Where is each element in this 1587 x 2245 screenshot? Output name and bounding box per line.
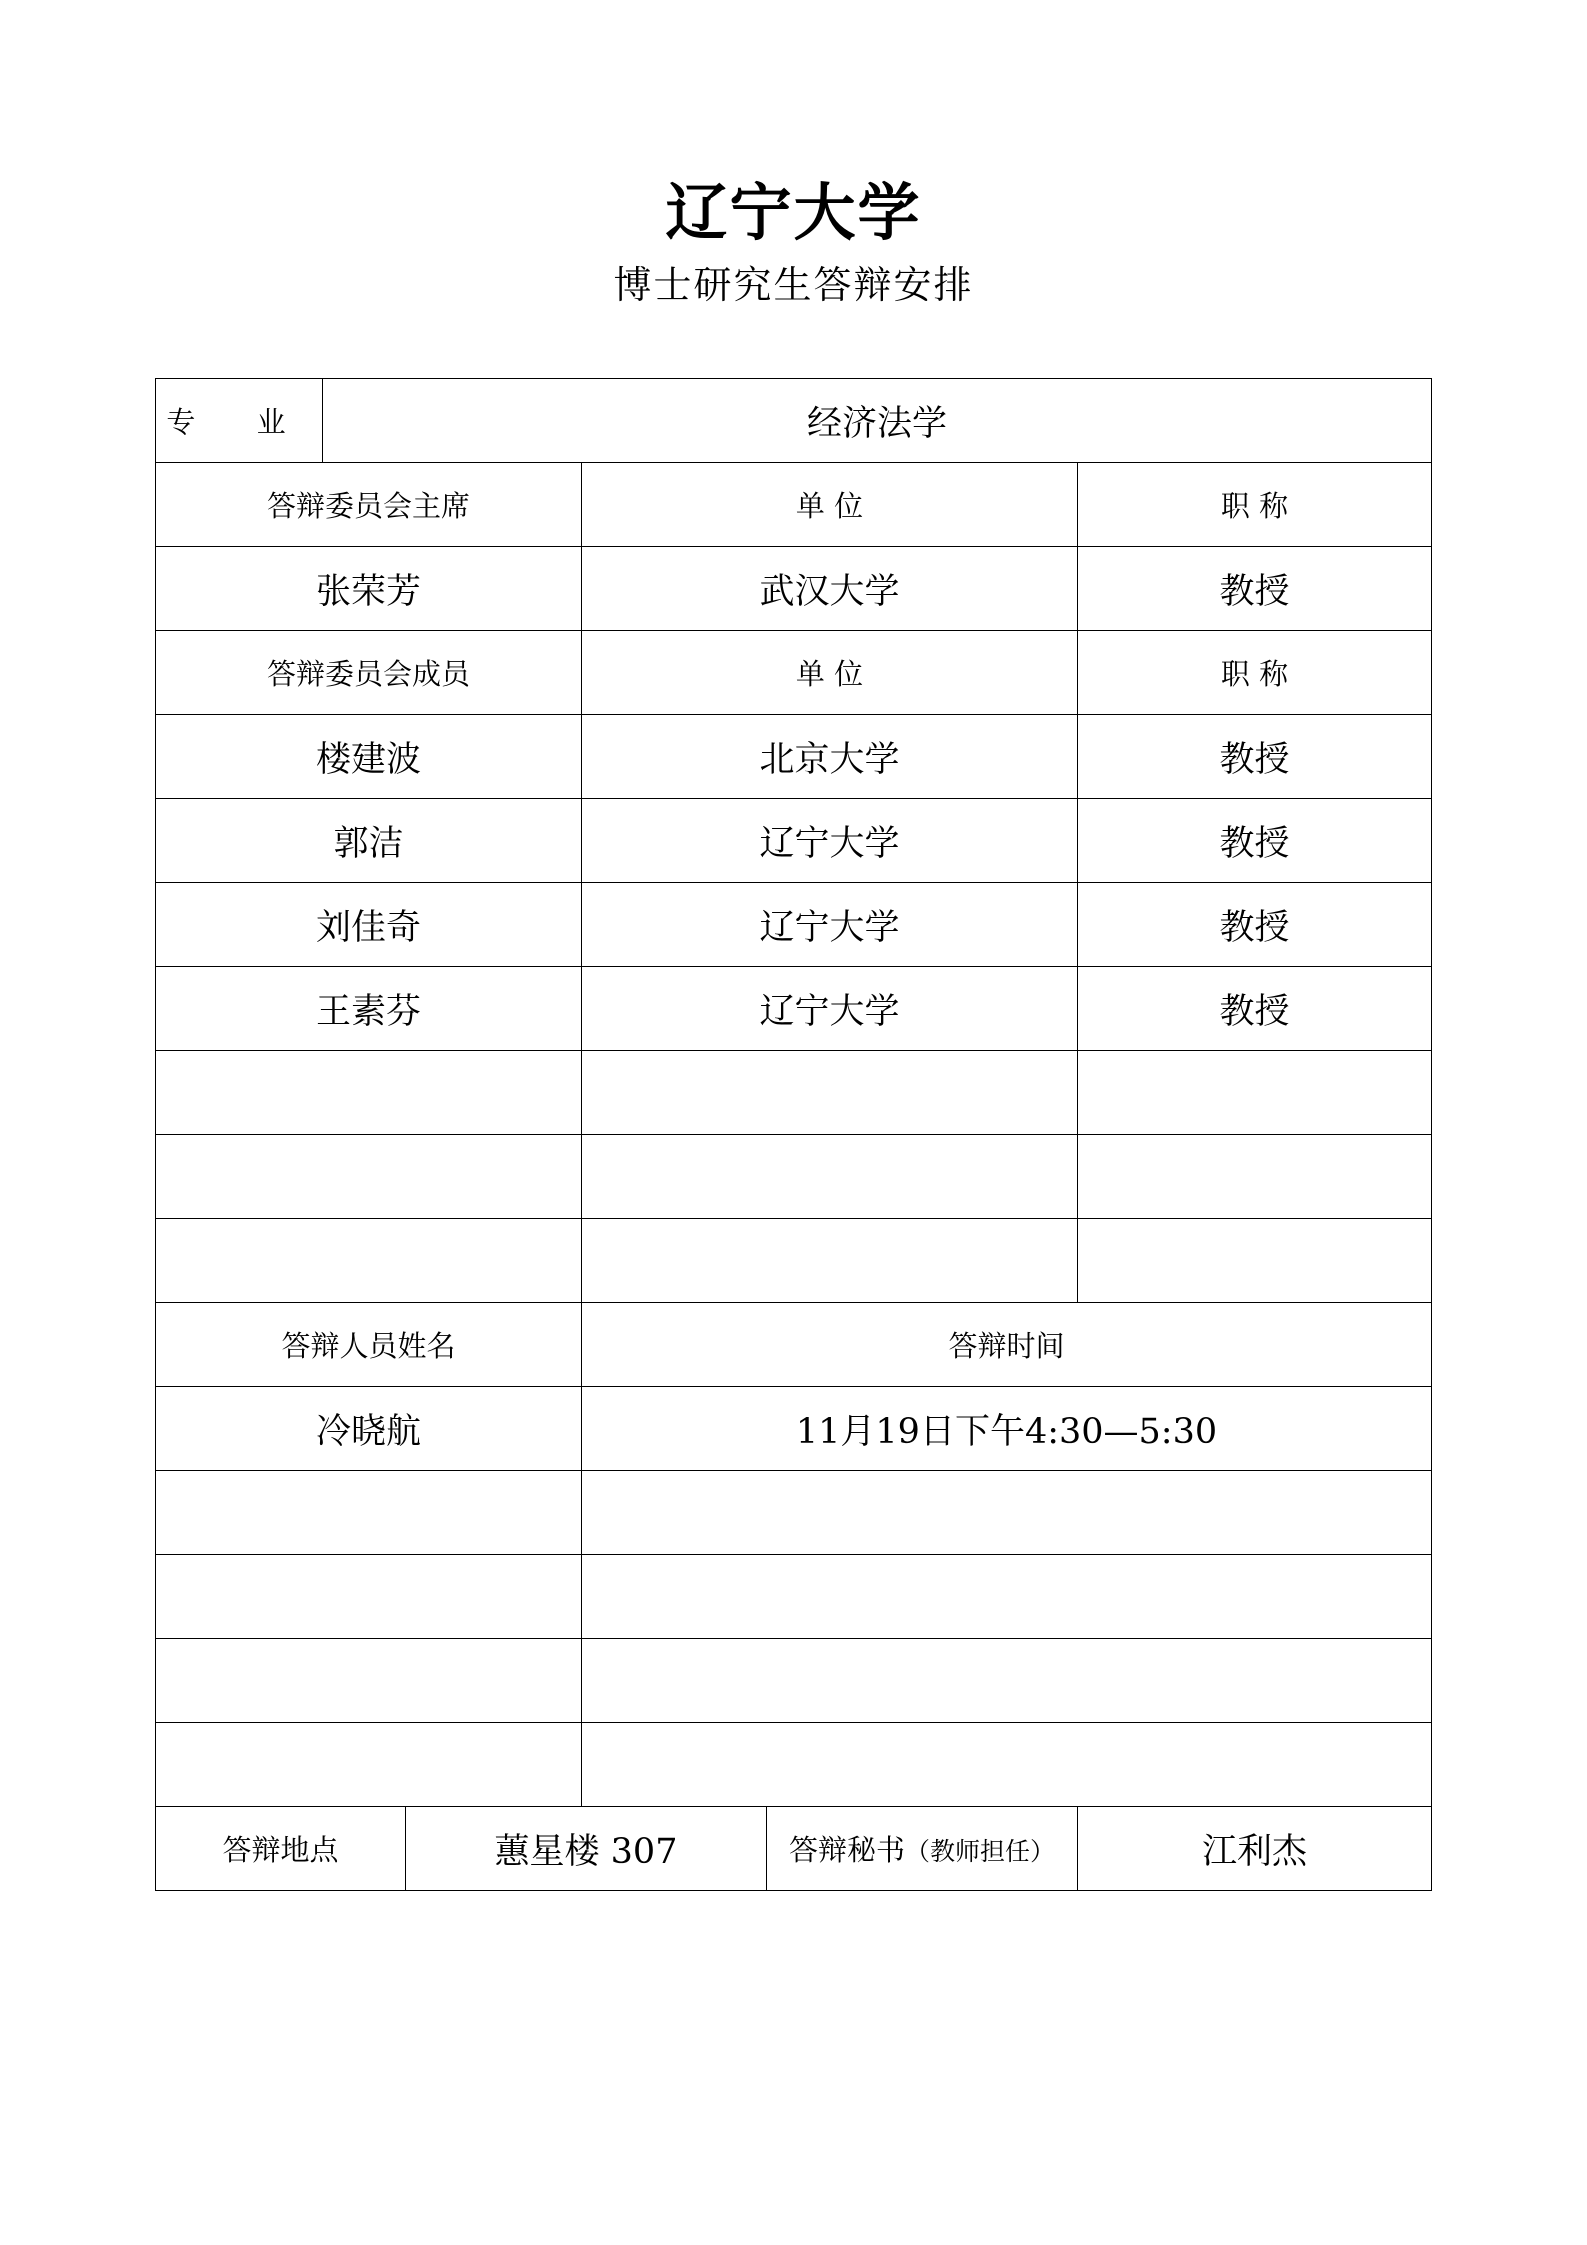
- candidate-header-name: 答辩人员姓名: [156, 1303, 582, 1387]
- member-header-title: 职 称: [1078, 631, 1432, 715]
- chair-unit: 武汉大学: [582, 547, 1078, 631]
- document-title: 辽宁大学: [0, 178, 1587, 248]
- member-title: 教授: [1078, 799, 1432, 883]
- candidate-name: [156, 1555, 582, 1639]
- member-title: [1078, 1219, 1432, 1303]
- member-unit: [582, 1135, 1078, 1219]
- member-title: [1078, 1135, 1432, 1219]
- candidate-time: [582, 1639, 1432, 1723]
- chair-header-unit: 单 位: [582, 463, 1078, 547]
- member-title: 教授: [1078, 883, 1432, 967]
- chair-header-title: 职 称: [1078, 463, 1432, 547]
- member-unit: [582, 1051, 1078, 1135]
- footer-row: 答辩地点 蕙星楼 307 答辩秘书（教师担任） 江利杰: [156, 1807, 1432, 1891]
- candidate-row-empty: [156, 1639, 1432, 1723]
- member-title: [1078, 1051, 1432, 1135]
- candidate-time: [582, 1471, 1432, 1555]
- candidate-time: 11月19日下午4:30—5:30: [582, 1387, 1432, 1471]
- candidate-row: 冷晓航 11月19日下午4:30—5:30: [156, 1387, 1432, 1471]
- member-header-unit: 单 位: [582, 631, 1078, 715]
- location-value: 蕙星楼 307: [406, 1807, 767, 1891]
- major-row: 专 业 经济法学: [156, 379, 1432, 463]
- member-name: [156, 1051, 582, 1135]
- member-name: 刘佳奇: [156, 883, 582, 967]
- candidate-name: [156, 1471, 582, 1555]
- member-unit: 辽宁大学: [582, 883, 1078, 967]
- secretary-note: （教师担任）: [905, 1837, 1055, 1866]
- member-name: [156, 1135, 582, 1219]
- chair-header-name: 答辩委员会主席: [156, 463, 582, 547]
- major-label: 专 业: [156, 379, 323, 463]
- member-header-name: 答辩委员会成员: [156, 631, 582, 715]
- member-name: 王素芬: [156, 967, 582, 1051]
- member-row: 楼建波 北京大学 教授: [156, 715, 1432, 799]
- member-name: 楼建波: [156, 715, 582, 799]
- member-name: 郭洁: [156, 799, 582, 883]
- member-unit: [582, 1219, 1078, 1303]
- member-row: 王素芬 辽宁大学 教授: [156, 967, 1432, 1051]
- document-subtitle: 博士研究生答辩安排: [0, 262, 1587, 308]
- candidate-row-empty: [156, 1471, 1432, 1555]
- candidate-name: 冷晓航: [156, 1387, 582, 1471]
- candidate-time: [582, 1555, 1432, 1639]
- member-unit: 北京大学: [582, 715, 1078, 799]
- defense-schedule-table: 专 业 经济法学 答辩委员会主席 单 位 职 称 张荣芳 武汉大学 教授 答辩委…: [155, 378, 1432, 1891]
- member-unit: 辽宁大学: [582, 799, 1078, 883]
- chair-title: 教授: [1078, 547, 1432, 631]
- major-value: 经济法学: [323, 379, 1432, 463]
- member-title: 教授: [1078, 967, 1432, 1051]
- location-label: 答辩地点: [156, 1807, 406, 1891]
- candidate-row-empty: [156, 1555, 1432, 1639]
- member-title: 教授: [1078, 715, 1432, 799]
- chair-name: 张荣芳: [156, 547, 582, 631]
- candidate-name: [156, 1639, 582, 1723]
- candidate-header-time: 答辩时间: [582, 1303, 1432, 1387]
- candidate-header-row: 答辩人员姓名 答辩时间: [156, 1303, 1432, 1387]
- candidate-row-empty: [156, 1723, 1432, 1807]
- candidate-time: [582, 1723, 1432, 1807]
- chair-header-row: 答辩委员会主席 单 位 职 称: [156, 463, 1432, 547]
- member-unit: 辽宁大学: [582, 967, 1078, 1051]
- member-row: 刘佳奇 辽宁大学 教授: [156, 883, 1432, 967]
- secretary-label: 答辩秘书（教师担任）: [767, 1807, 1078, 1891]
- member-row-empty: [156, 1051, 1432, 1135]
- member-row: 郭洁 辽宁大学 教授: [156, 799, 1432, 883]
- member-row-empty: [156, 1219, 1432, 1303]
- secretary-value: 江利杰: [1078, 1807, 1432, 1891]
- member-header-row: 答辩委员会成员 单 位 职 称: [156, 631, 1432, 715]
- member-row-empty: [156, 1135, 1432, 1219]
- chair-row: 张荣芳 武汉大学 教授: [156, 547, 1432, 631]
- candidate-name: [156, 1723, 582, 1807]
- member-name: [156, 1219, 582, 1303]
